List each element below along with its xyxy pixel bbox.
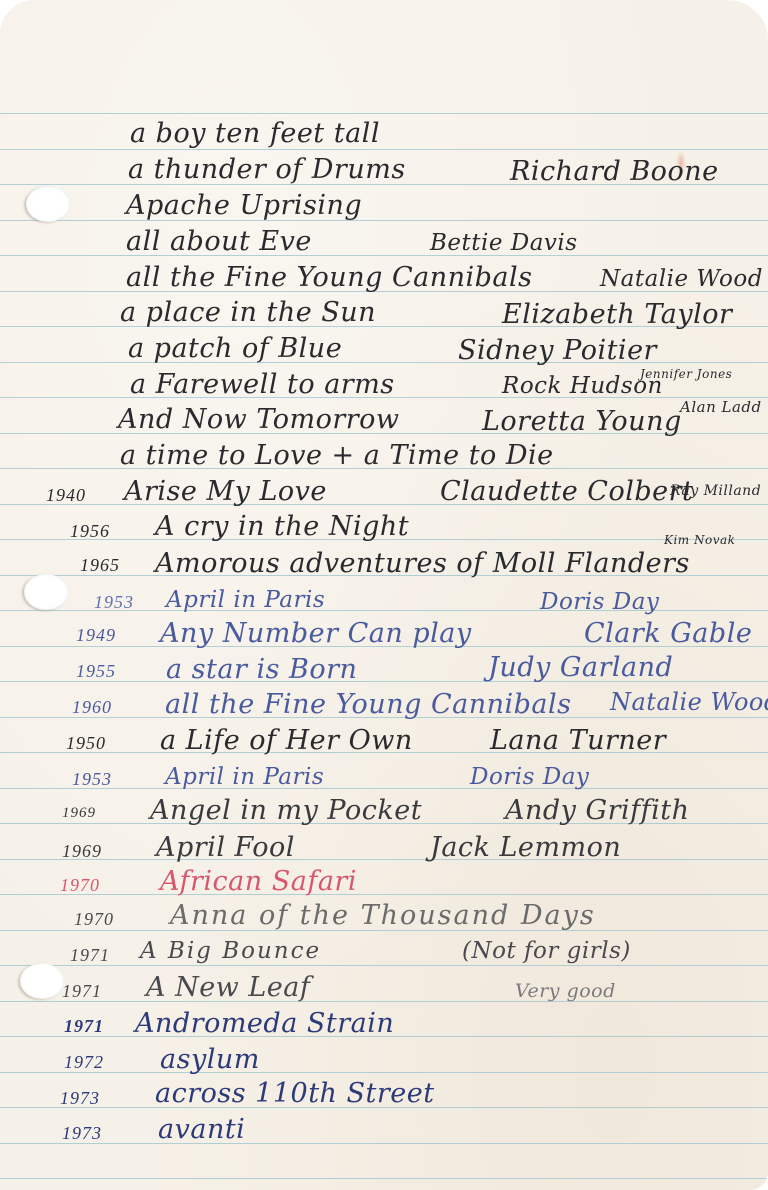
entry-title: a Life of Her Own — [160, 727, 413, 754]
entry-year: 1955 — [76, 662, 116, 680]
entry-year: 1971 — [62, 982, 102, 1000]
entry-year: 1960 — [72, 698, 112, 716]
entry-title: a time to Love + a Time to Die — [120, 442, 554, 469]
ruled-line — [0, 113, 768, 114]
punch-hole-bottom — [20, 963, 64, 999]
entry-title: all about Eve — [126, 228, 312, 255]
entry-actor: Natalie Wood — [600, 268, 763, 291]
punch-hole-top — [26, 186, 70, 222]
entry-year: 1956 — [70, 522, 110, 540]
entry-title: Apache Uprising — [126, 192, 362, 219]
entry-title: Arise My Love — [124, 478, 327, 505]
entry-title: And Now Tomorrow — [118, 406, 400, 433]
entry-actor: Doris Day — [470, 766, 589, 789]
ruled-line — [0, 965, 768, 966]
ruled-line — [0, 255, 768, 256]
ruled-line — [0, 1143, 768, 1144]
entry-actor: Andy Griffith — [505, 797, 689, 824]
entry-title: a place in the Sun — [120, 299, 376, 326]
entry-note: Alan Ladd — [680, 400, 762, 415]
entry-title: A New Leaf — [146, 974, 310, 1001]
entry-title: a star is Born — [166, 656, 357, 683]
entry-year: 1949 — [76, 626, 116, 644]
entry-actor: Loretta Young — [482, 408, 682, 435]
entry-year: 1970 — [74, 910, 114, 928]
ruled-line — [0, 894, 768, 895]
entry-actor: Elizabeth Taylor — [502, 301, 732, 328]
entry-title: all the Fine Young Cannibals — [165, 691, 572, 718]
entry-title: a patch of Blue — [128, 335, 342, 362]
entry-year: 1971 — [70, 946, 110, 964]
ruled-line — [0, 788, 768, 789]
ruled-line — [0, 1178, 768, 1179]
ruled-line — [0, 1072, 768, 1073]
entry-note: (Not for girls) — [462, 940, 631, 963]
entry-title: Amorous adventures of Moll Flanders — [155, 550, 690, 577]
entry-note: Kim Novak — [664, 534, 735, 546]
entry-year: 1973 — [62, 1124, 102, 1142]
entry-title: Any Number Can play — [160, 620, 472, 647]
punch-hole-middle — [24, 574, 68, 610]
entry-year: 1973 — [60, 1089, 100, 1107]
entry-title: African Safari — [160, 868, 357, 895]
ruled-line — [0, 859, 768, 860]
notebook-page: a boy ten feet tall a thunder of Drums R… — [0, 0, 768, 1190]
entry-title: Anna of the Thousand Days — [170, 902, 596, 929]
entry-title: a thunder of Drums — [128, 156, 406, 183]
entry-title: asylum — [160, 1046, 260, 1073]
ruled-line — [0, 1001, 768, 1002]
entry-title: avanti — [158, 1116, 245, 1143]
entry-title: Angel in my Pocket — [150, 797, 422, 824]
entry-title: April Fool — [156, 834, 295, 861]
entry-title: a boy ten feet tall — [130, 120, 380, 147]
entry-title: April in Paris — [165, 766, 324, 789]
entry-year: 1953 — [72, 770, 112, 788]
entry-actor: Lana Turner — [490, 727, 666, 754]
entry-actor: Richard Boone — [510, 158, 719, 185]
entry-note: Jennifer Jones — [640, 368, 732, 380]
entry-actor: Claudette Colbert — [440, 478, 693, 505]
entry-year: 1971 — [64, 1017, 104, 1035]
entry-actor: Natalie Wood — [610, 690, 768, 714]
entry-title: Andromeda Strain — [135, 1010, 394, 1037]
entry-year: 1969 — [62, 842, 102, 860]
entry-note: Very good — [515, 982, 616, 1001]
entry-actor: Judy Garland — [488, 654, 673, 681]
entry-title: all the Fine Young Cannibals — [126, 264, 533, 291]
entry-title: across 110th Street — [155, 1080, 435, 1107]
entry-actor: Bettie Davis — [430, 232, 578, 255]
entry-title: A cry in the Night — [155, 513, 409, 540]
entry-title: A Big Bounce — [140, 940, 321, 963]
entry-year: 1969 — [62, 806, 96, 821]
entry-year: 1940 — [46, 486, 86, 504]
entry-year: 1953 — [94, 593, 134, 611]
ruled-line — [0, 149, 768, 150]
entry-actor: Jack Lemmon — [430, 834, 621, 861]
entry-actor: Sidney Poitier — [458, 337, 657, 364]
entry-note: Ray Milland — [670, 484, 761, 498]
entry-year: 1965 — [80, 556, 120, 574]
entry-year: 1950 — [66, 734, 106, 752]
entry-year: 1972 — [64, 1053, 104, 1071]
entry-actor: Doris Day — [540, 591, 659, 614]
entry-actor: Clark Gable — [584, 620, 752, 647]
ruled-line — [0, 220, 768, 221]
entry-actor: Rock Hudson — [502, 375, 663, 398]
entry-title: April in Paris — [166, 589, 325, 612]
entry-title: a Farewell to arms — [130, 371, 395, 398]
entry-year: 1970 — [60, 876, 100, 894]
